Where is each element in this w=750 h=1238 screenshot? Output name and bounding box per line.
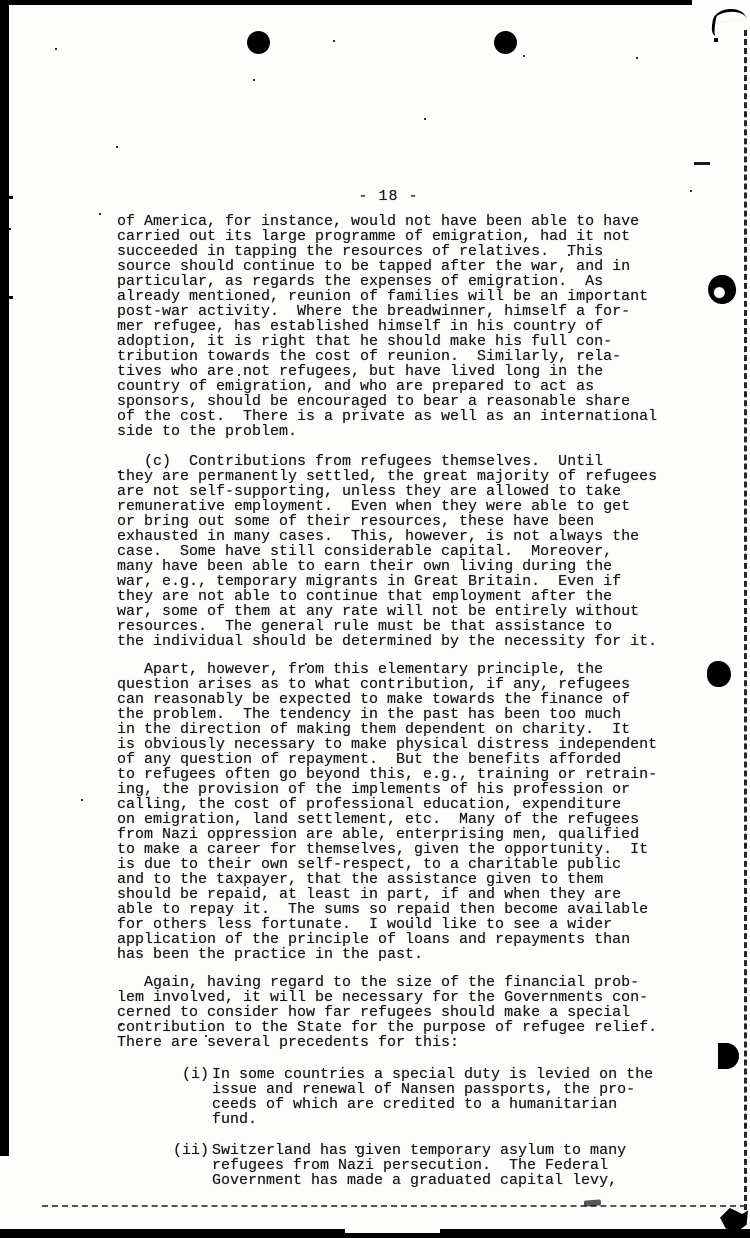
paragraph-2-contributions-from-refugees: (c) Contributions from refugees themselv… bbox=[117, 454, 665, 649]
paragraph-1: of America, for instance, would not have… bbox=[117, 214, 665, 439]
bottom-dashed-rule bbox=[42, 1205, 746, 1207]
list-text-ii: Switzerland has given temporary asylum t… bbox=[212, 1143, 665, 1188]
document-text-block: - 18 - of America, for instance, would n… bbox=[117, 189, 665, 1188]
scribble-dot bbox=[714, 38, 718, 42]
punch-hole-left bbox=[247, 31, 270, 54]
ink-blob-half-disc bbox=[718, 1043, 739, 1069]
bottom-small-smudge bbox=[584, 1199, 601, 1206]
mid-right-dash-mark bbox=[694, 162, 710, 165]
right-edge-scan-marks bbox=[744, 30, 747, 1210]
list-marker-ii: (ii) bbox=[137, 1143, 209, 1158]
scan-border-left bbox=[0, 0, 9, 1156]
scan-border-top bbox=[0, 0, 692, 5]
paragraph-3-apart-however: Apart, however, from this elementary pri… bbox=[117, 662, 665, 962]
page-number: - 18 - bbox=[117, 189, 660, 204]
scan-border-bottom-notch bbox=[345, 1229, 440, 1233]
scribble-hook bbox=[711, 14, 723, 37]
list-marker-i: (i) bbox=[137, 1067, 209, 1082]
scanned-document-page: - 18 - of America, for instance, would n… bbox=[0, 0, 750, 1238]
list-item-ii: (ii) Switzerland has given temporary asy… bbox=[117, 1143, 665, 1188]
scan-noise-specks bbox=[0, 0, 2, 2]
list-text-i: In some countries a special duty is levi… bbox=[212, 1067, 665, 1127]
punch-hole-right bbox=[494, 31, 517, 54]
paragraph-4-again-having-regard: Again, having regard to the size of the … bbox=[117, 975, 665, 1050]
corner-scribble-mark bbox=[708, 6, 750, 46]
list-item-i: (i) In some countries a special duty is … bbox=[117, 1067, 665, 1127]
ink-blob-round bbox=[707, 661, 731, 687]
ink-blob-crescent bbox=[705, 272, 740, 307]
